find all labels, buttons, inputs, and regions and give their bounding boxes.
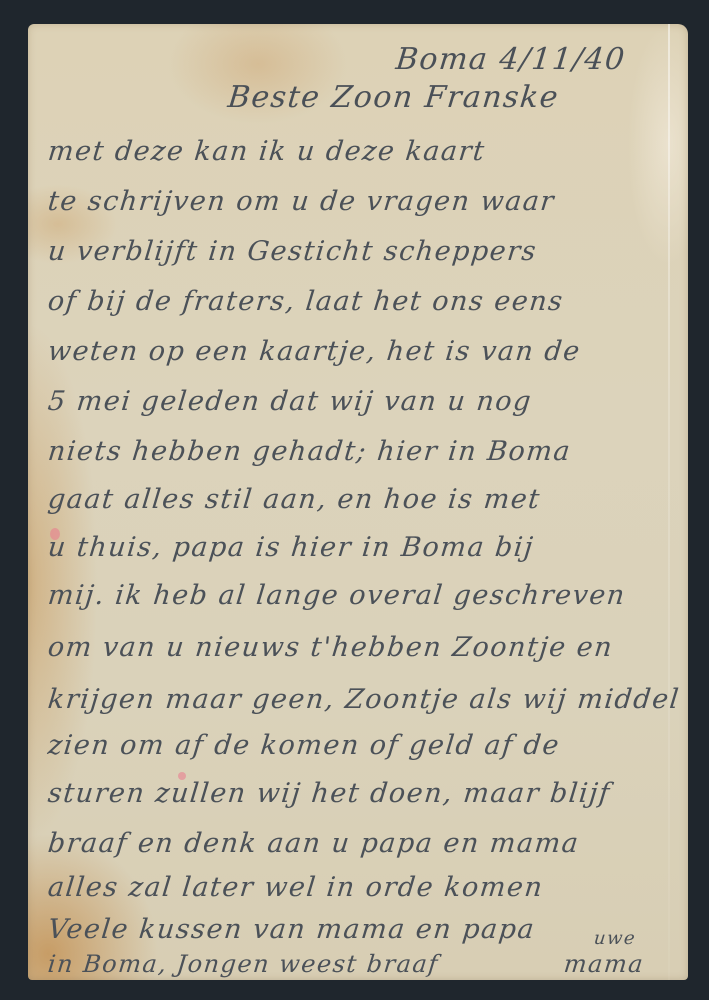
signature: mama [563, 950, 646, 978]
body-line: Veele kussen van mama en papa [46, 914, 536, 945]
body-line: u thuis, papa is hier in Boma bij [46, 532, 535, 563]
body-line: zien om af de komen of geld af de [46, 730, 561, 761]
postcard: Boma 4/11/40 Beste Zoon Franske met deze… [28, 24, 688, 980]
body-line: of bij de fraters, laat het ons eens [46, 286, 565, 317]
body-line: mij. ik heb al lange overal geschreven [46, 580, 627, 611]
closing-uwe: uwe [593, 928, 637, 949]
body-line: braaf en denk aan u papa en mama [46, 828, 581, 859]
body-line: krijgen maar geen, Zoontje als wij midde… [46, 684, 681, 715]
body-line: 5 mei geleden dat wij van u nog [46, 386, 533, 417]
body-line: te schrijven om u de vragen waar [46, 186, 556, 217]
paper-crease [668, 24, 670, 980]
body-line: met deze kan ik u deze kaart [46, 136, 487, 167]
body-line: in Boma, Jongen weest braaf [47, 950, 441, 978]
body-line: sturen zullen wij het doen, maar blijf [46, 778, 612, 809]
body-line: weten op een kaartje, het is van de [46, 336, 582, 367]
salutation: Beste Zoon Franske [226, 80, 561, 115]
body-line: u verblijft in Gesticht scheppers [46, 236, 538, 267]
place-date: Boma 4/11/40 [394, 42, 627, 77]
body-line: alles zal later wel in orde komen [46, 872, 545, 903]
body-line: niets hebben gehadt; hier in Boma [46, 436, 572, 467]
body-line: gaat alles stil aan, en hoe is met [46, 484, 542, 515]
body-line: om van u nieuws t'hebben Zoontje en [46, 632, 614, 663]
